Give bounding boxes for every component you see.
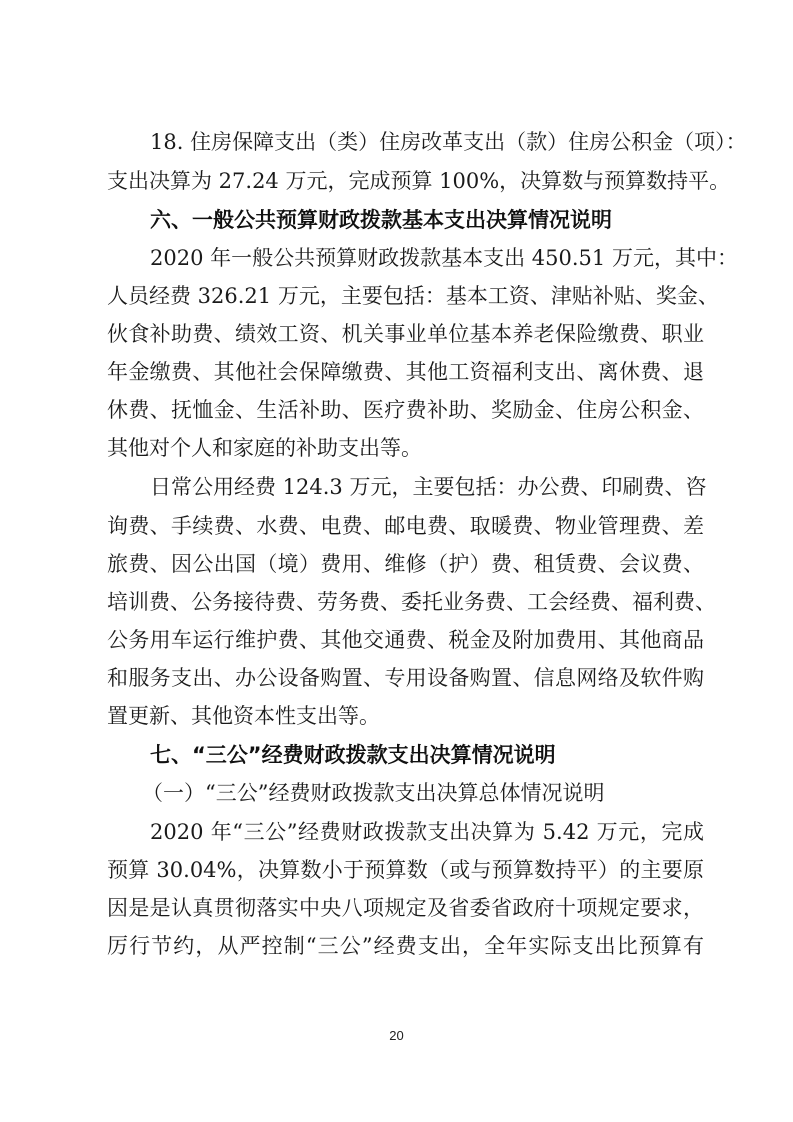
paragraph-line: 和服务支出、办公设备购置、专用设备购置、信息网络及软件购: [107, 663, 704, 693]
paragraph-line: 其他对个人和家庭的补助支出等。: [107, 433, 704, 463]
paragraph-line: 伙食补助费、绩效工资、机关事业单位基本养老保险缴费、职业: [107, 319, 704, 349]
paragraph-line: 公务用车运行维护费、其他交通费、税金及附加费用、其他商品: [107, 625, 704, 655]
paragraph-line: 预算 30.04%，决算数小于预算数（或与预算数持平）的主要原: [107, 855, 704, 885]
document-page: 18. 住房保障支出（类）住房改革支出（款）住房公积金（项）： 支出决算为 27…: [0, 0, 793, 1122]
section-heading-7: 七、“三公”经费财政拨款支出决算情况说明: [150, 740, 704, 770]
paragraph-line: 休费、抚恤金、生活补助、医疗费补助、奖励金、住房公积金、: [107, 395, 704, 425]
paragraph-line: 询费、手续费、水费、电费、邮电费、取暖费、物业管理费、差: [107, 511, 704, 541]
paragraph-line: 支出决算为 27.24 万元，完成预算 100%，决算数与预算数持平。: [107, 166, 704, 196]
paragraph-line: 旅费、因公出国（境）费用、维修（护）费、租赁费、会议费、: [107, 549, 704, 579]
paragraph-line: 2020 年一般公共预算财政拨款基本支出 450.51 万元，其中：: [150, 243, 704, 273]
paragraph-line: 厉行节约，从严控制“三公”经费支出，全年实际支出比预算有: [107, 931, 704, 961]
paragraph-line: 年金缴费、其他社会保障缴费、其他工资福利支出、离休费、退: [107, 357, 704, 387]
paragraph-line: 日常公用经费 124.3 万元，主要包括：办公费、印刷费、咨: [150, 472, 704, 502]
section-heading-6: 六、一般公共预算财政拨款基本支出决算情况说明: [150, 205, 704, 235]
subsection-heading-1: （一）“三公”经费财政拨款支出决算总体情况说明: [142, 778, 739, 808]
paragraph-line: 培训费、公务接待费、劳务费、委托业务费、工会经费、福利费、: [107, 587, 704, 617]
paragraph-line: 置更新、其他资本性支出等。: [107, 701, 704, 731]
paragraph-line: 因是是认真贯彻落实中央八项规定及省委省政府十项规定要求，: [107, 893, 704, 923]
paragraph-line: 2020 年“三公”经费财政拨款支出决算为 5.42 万元，完成: [150, 817, 704, 847]
paragraph-line: 人员经费 326.21 万元，主要包括：基本工资、津贴补贴、奖金、: [107, 281, 704, 311]
page-number: 20: [0, 1028, 793, 1043]
paragraph-line: 18. 住房保障支出（类）住房改革支出（款）住房公积金（项）：: [150, 127, 704, 157]
